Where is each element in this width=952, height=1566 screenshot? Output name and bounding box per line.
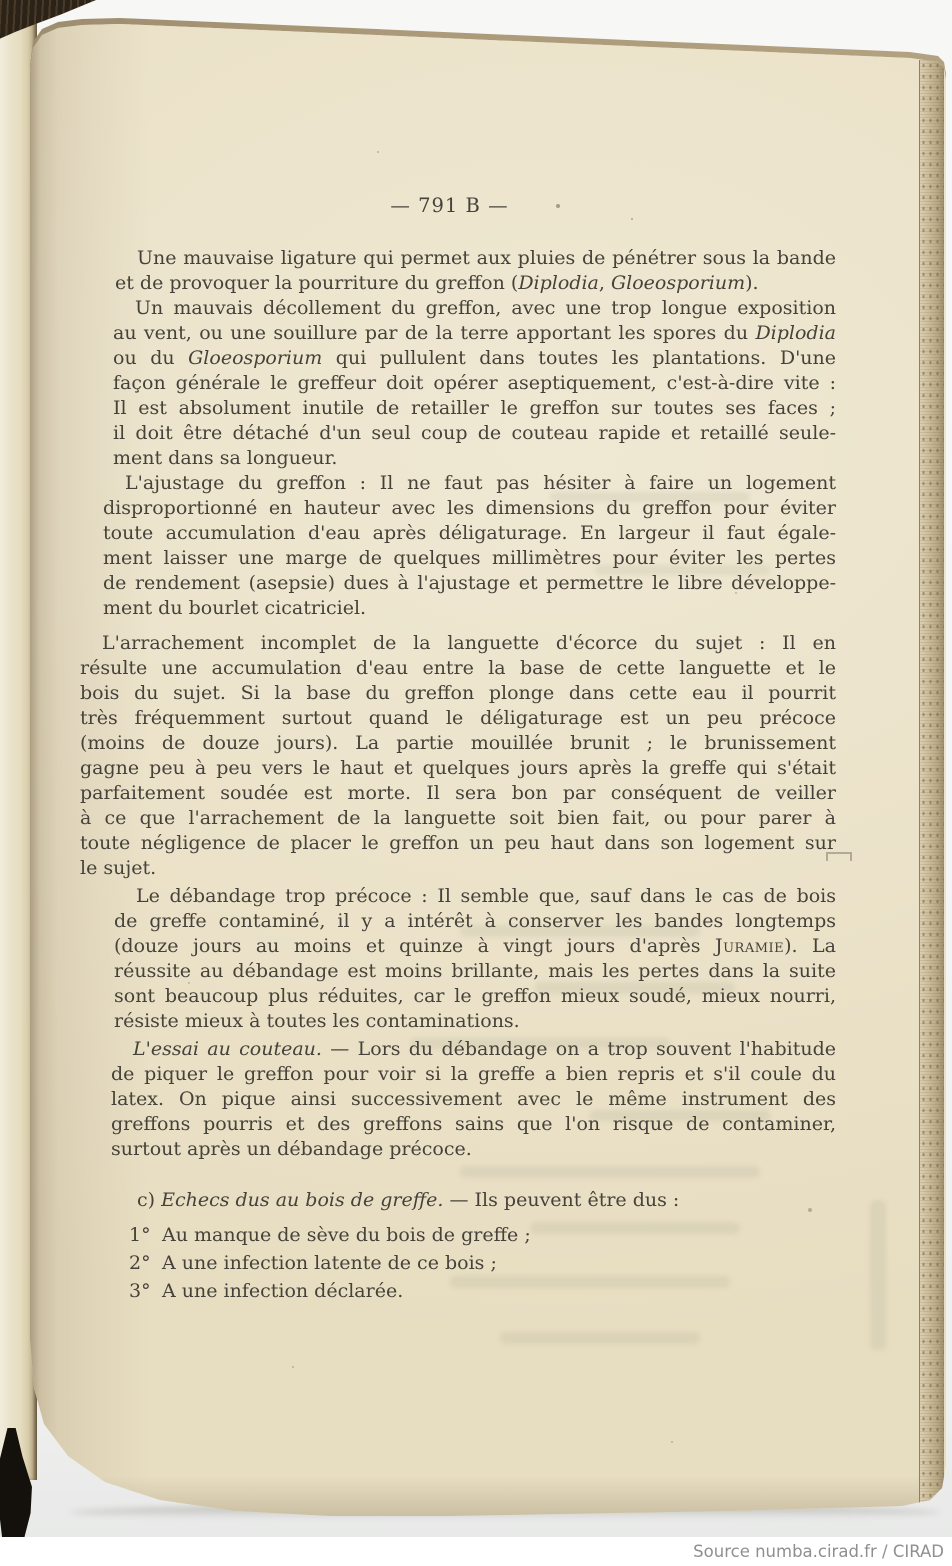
list-item: 3°A une infection déclarée.: [129, 1279, 849, 1307]
list-item-number: 2°: [129, 1251, 162, 1276]
list-item: 2°A une infection latente de ce bois ;: [129, 1251, 849, 1279]
paragraph-3: L'ajustage du greffon : Il ne faut pas h…: [103, 471, 836, 621]
text-line: (douze jours au moins et quinze à vingt …: [114, 934, 836, 959]
page-number: — 791 B —: [115, 193, 836, 218]
book-page: — 791 B — Une mauvaise ligature qui perm…: [30, 20, 946, 1518]
paragraph-5: Le débandage trop précoce : Il semble qu…: [114, 884, 836, 1034]
text-line: de greffe contaminé, il y a intérêt à co…: [114, 909, 836, 934]
text-line: le sujet.: [80, 856, 836, 881]
text-line: de piquer le greffon pour voir si la gre…: [111, 1062, 836, 1087]
text-line: résiste mieux à toutes les contamination…: [114, 1009, 836, 1034]
paragraph-1: Une mauvaise ligature qui permet aux plu…: [115, 246, 836, 296]
page-text: — 791 B — Une mauvaise ligature qui perm…: [30, 20, 946, 1518]
text-line: latex. On pique ainsi successivement ave…: [111, 1087, 836, 1112]
text-line: ment du bourlet cicatriciel.: [103, 596, 836, 621]
text-line: toute négligence de placer le greffon un…: [80, 831, 836, 856]
book-scan: — 791 B — Une mauvaise ligature qui perm…: [0, 0, 952, 1566]
list-item: 1°Au manque de sève du bois de greffe ;: [129, 1223, 849, 1251]
section-heading: c) Echecs dus au bois de greffe. — Ils p…: [137, 1188, 857, 1213]
text-line: L'arrachement incomplet de la languette …: [80, 631, 836, 656]
text-line: (moins de douze jours). La partie mouill…: [80, 731, 836, 756]
numbered-list: 1°Au manque de sève du bois de greffe ;2…: [129, 1223, 849, 1307]
text-line: toute accumulation d'eau après déligatur…: [103, 521, 836, 546]
paragraph-6: L'essai au couteau. — Lors du débandage …: [111, 1037, 836, 1162]
footer-credit: Source numba.cirad.fr / CIRAD: [693, 1542, 944, 1561]
text-line: disproportionné en hauteur avec les dime…: [103, 496, 836, 521]
text-line: L'essai au couteau. — Lors du débandage …: [111, 1037, 836, 1062]
text-line: Le débandage trop précoce : Il semble qu…: [114, 884, 836, 909]
text-line: greffons pourris et des greffons sains q…: [111, 1112, 836, 1137]
text-line: parfaitement soudée est morte. Il sera b…: [80, 781, 836, 806]
list-item-text: A une infection déclarée.: [162, 1280, 403, 1302]
text-line: L'ajustage du greffon : Il ne faut pas h…: [103, 471, 836, 496]
text-line: Une mauvaise ligature qui permet aux plu…: [115, 246, 836, 271]
text-line: surtout après un débandage précoce.: [111, 1137, 836, 1162]
text-line: ment laisser une marge de quelques milli…: [103, 546, 836, 571]
text-line: au vent, ou une souillure par de la terr…: [113, 321, 836, 346]
paragraph-2: Un mauvais décollement du greffon, avec …: [113, 296, 836, 471]
list-item-number: 3°: [129, 1279, 162, 1304]
paragraph-4: L'arrachement incomplet de la languette …: [80, 631, 836, 881]
list-item-text: A une infection latente de ce bois ;: [162, 1252, 497, 1274]
text-line: à ce que l'arrachement de la languette s…: [80, 806, 836, 831]
text-line: façon générale le greffeur doit opérer a…: [113, 371, 836, 396]
text-line: réussite au débandage est moins brillant…: [114, 959, 836, 984]
text-line: et de provoquer la pourriture du greffon…: [115, 271, 836, 296]
text-line: bois du sujet. Si la base du greffon plo…: [80, 681, 836, 706]
text-line: sont beaucoup plus réduites, car le gref…: [114, 984, 836, 1009]
text-line: il doit être détaché d'un seul coup de c…: [113, 421, 836, 446]
text-line: ou du Gloeosporium qui pullulent dans to…: [113, 346, 836, 371]
text-line: Un mauvais décollement du greffon, avec …: [113, 296, 836, 321]
text-line: ment dans sa longueur.: [113, 446, 836, 471]
text-line: de rendement (asepsie) dues à l'ajustage…: [103, 571, 836, 596]
text-line: gagne peu à peu vers le haut et quelques…: [80, 756, 836, 781]
text-line: résulte une accumulation d'eau entre la …: [80, 656, 836, 681]
text-line: Il est absolument inutile de retailler l…: [113, 396, 836, 421]
text-line: très fréquemment surtout quand le déliga…: [80, 706, 836, 731]
list-item-number: 1°: [129, 1223, 162, 1248]
list-item-text: Au manque de sève du bois de greffe ;: [162, 1224, 531, 1246]
